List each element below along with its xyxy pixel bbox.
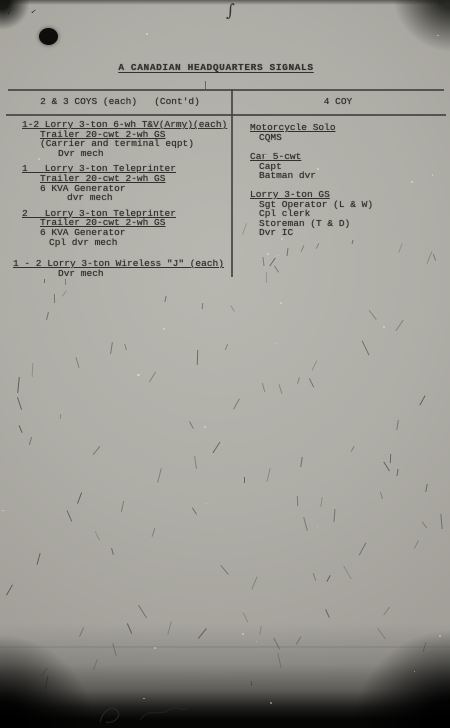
stray-tick: [205, 81, 206, 89]
document-title: A CANADIAN HEADQUARTERS SIGNALS: [0, 62, 432, 73]
dust-speck: [267, 253, 269, 255]
hole-punch-mark: [39, 28, 58, 45]
column-left-content: 1-2 Lorry 3-ton 6-wh T&V(Army)(each)Trai…: [13, 120, 232, 278]
scratch-mark: [44, 279, 45, 283]
page-background: [0, 0, 450, 728]
doc-line: Cpl dvr mech: [13, 238, 232, 248]
doc-line: 6 KVA Generator: [13, 184, 232, 194]
dust-speck: [317, 526, 318, 527]
scanned-document: { "document": { "title": "A CANADIAN HEA…: [0, 0, 450, 728]
dust-speck: [97, 219, 99, 221]
doc-line: Dvr mech: [13, 269, 232, 279]
dust-speck: [163, 328, 165, 330]
scan-streak: [0, 646, 450, 648]
doc-line: CQMS: [250, 133, 445, 143]
doc-line: 1 - 2 Lorry 3-ton Wireless "J" (each): [13, 259, 232, 269]
column-header-right: 4 COY: [233, 96, 443, 107]
dust-speck: [317, 168, 318, 169]
dust-speck: [204, 426, 206, 428]
scratch-mark: [59, 414, 61, 420]
pen-stroke-icon: ∫: [226, 1, 235, 21]
dust-speck: [206, 503, 207, 504]
table-header-rule: [6, 114, 446, 116]
dust-speck: [38, 158, 40, 160]
scratch-mark: [250, 681, 252, 686]
dust-speck: [411, 181, 413, 183]
doc-line: (Carrier and terminal eqpt): [13, 139, 232, 149]
column-header-left: 2 & 3 COYS (each) (Cont'd): [8, 96, 232, 107]
doc-line: Dvr IC: [250, 228, 445, 238]
dust-speck: [432, 174, 433, 175]
dust-speck: [146, 33, 148, 35]
scratch-mark: [53, 294, 54, 303]
doc-line: 6 KVA Generator: [13, 228, 232, 238]
scratch-mark: [265, 272, 266, 284]
faint-handwriting-marks: [0, 698, 450, 728]
table-top-rule: [8, 89, 444, 91]
scratch-mark: [297, 496, 298, 506]
column-right-content: Motorcycle SoloCQMSCar 5-cwtCaptBatman d…: [250, 123, 445, 238]
dust-speck: [439, 635, 441, 637]
scratch-mark: [65, 279, 66, 285]
doc-line: Dvr mech: [13, 149, 232, 159]
doc-line: Batman dvr: [250, 171, 445, 181]
dust-speck: [383, 326, 385, 328]
scratch-mark: [244, 477, 245, 483]
doc-line: dvr mech: [13, 193, 232, 203]
dust-speck: [137, 374, 140, 377]
dust-speck: [2, 510, 3, 511]
